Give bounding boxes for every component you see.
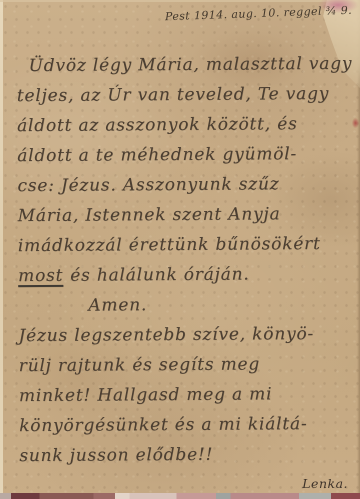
petition-line: minket! Hallgasd meg a mi bbox=[19, 379, 360, 411]
prayer-text: Üdvöz légy Mária, malaszttal vagy teljes… bbox=[0, 49, 360, 472]
petition-line: Jézus legszentebb szíve, könyö- bbox=[18, 319, 360, 351]
prayer-line: cse: Jézus. Asszonyunk szűz bbox=[17, 169, 359, 201]
prayer-line: Üdvöz légy Mária, malaszttal vagy bbox=[29, 49, 359, 81]
prayer-line: teljes, az Úr van teveled, Te vagy bbox=[17, 79, 359, 111]
bottom-edge-strip bbox=[0, 493, 360, 499]
signature: Lenka. bbox=[302, 476, 348, 491]
top-paper-edge bbox=[0, 0, 360, 2]
underlined-word: most bbox=[18, 266, 63, 286]
prayer-line: áldott az asszonyok között, és bbox=[17, 109, 359, 141]
dateline: Pest 1914. aug. 10. reggel ¾ 9. bbox=[165, 4, 352, 24]
petition-line: sunk jusson elődbe!! bbox=[19, 439, 360, 471]
petition-line: rülj rajtunk és segíts meg bbox=[19, 349, 360, 381]
postcard: Pest 1914. aug. 10. reggel ¾ 9. Üdvöz lé… bbox=[0, 0, 360, 499]
prayer-line: Mária, Istennek szent Anyja bbox=[18, 199, 360, 231]
petition-line: könyörgésünket és a mi kiáltá- bbox=[19, 409, 360, 441]
prayer-line: imádkozzál érettünk bűnösökért bbox=[18, 229, 360, 261]
prayer-line-underlined: mostés halálunk óráján. bbox=[18, 259, 360, 291]
amen-line: Amen. bbox=[88, 289, 360, 321]
prayer-line: áldott a te méhednek gyümöl- bbox=[17, 139, 359, 171]
line-rest: és halálunk óráján. bbox=[70, 265, 249, 286]
